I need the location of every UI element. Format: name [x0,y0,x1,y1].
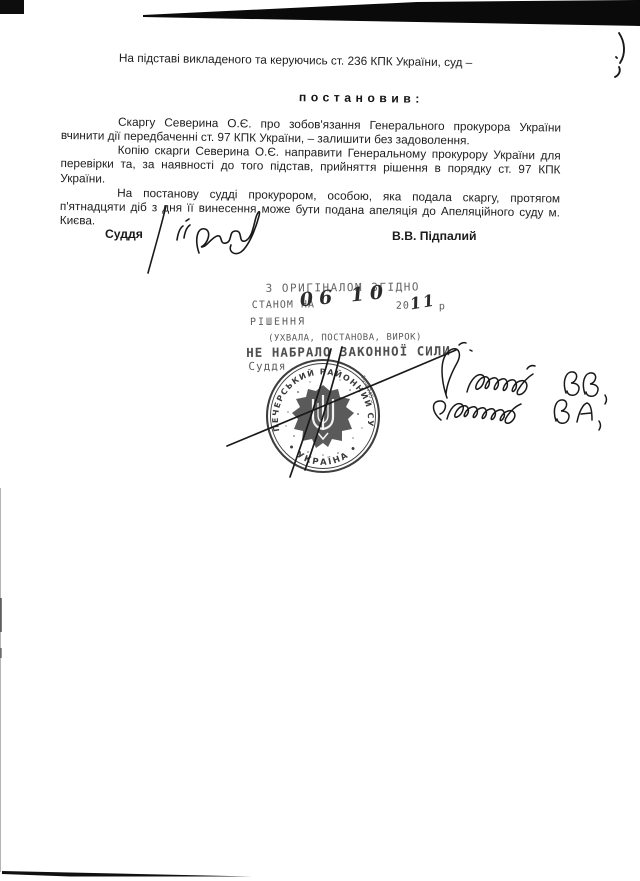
scanned-court-document-page: На підставі викладеного та керуючись ст.… [0,0,640,881]
scan-artifact-left-dash [0,598,2,632]
scan-artifact-left-edge-line [0,488,1,872]
scan-artifact-bottom-edge [0,0,640,881]
scan-artifact-left-dash-small [0,648,2,658]
